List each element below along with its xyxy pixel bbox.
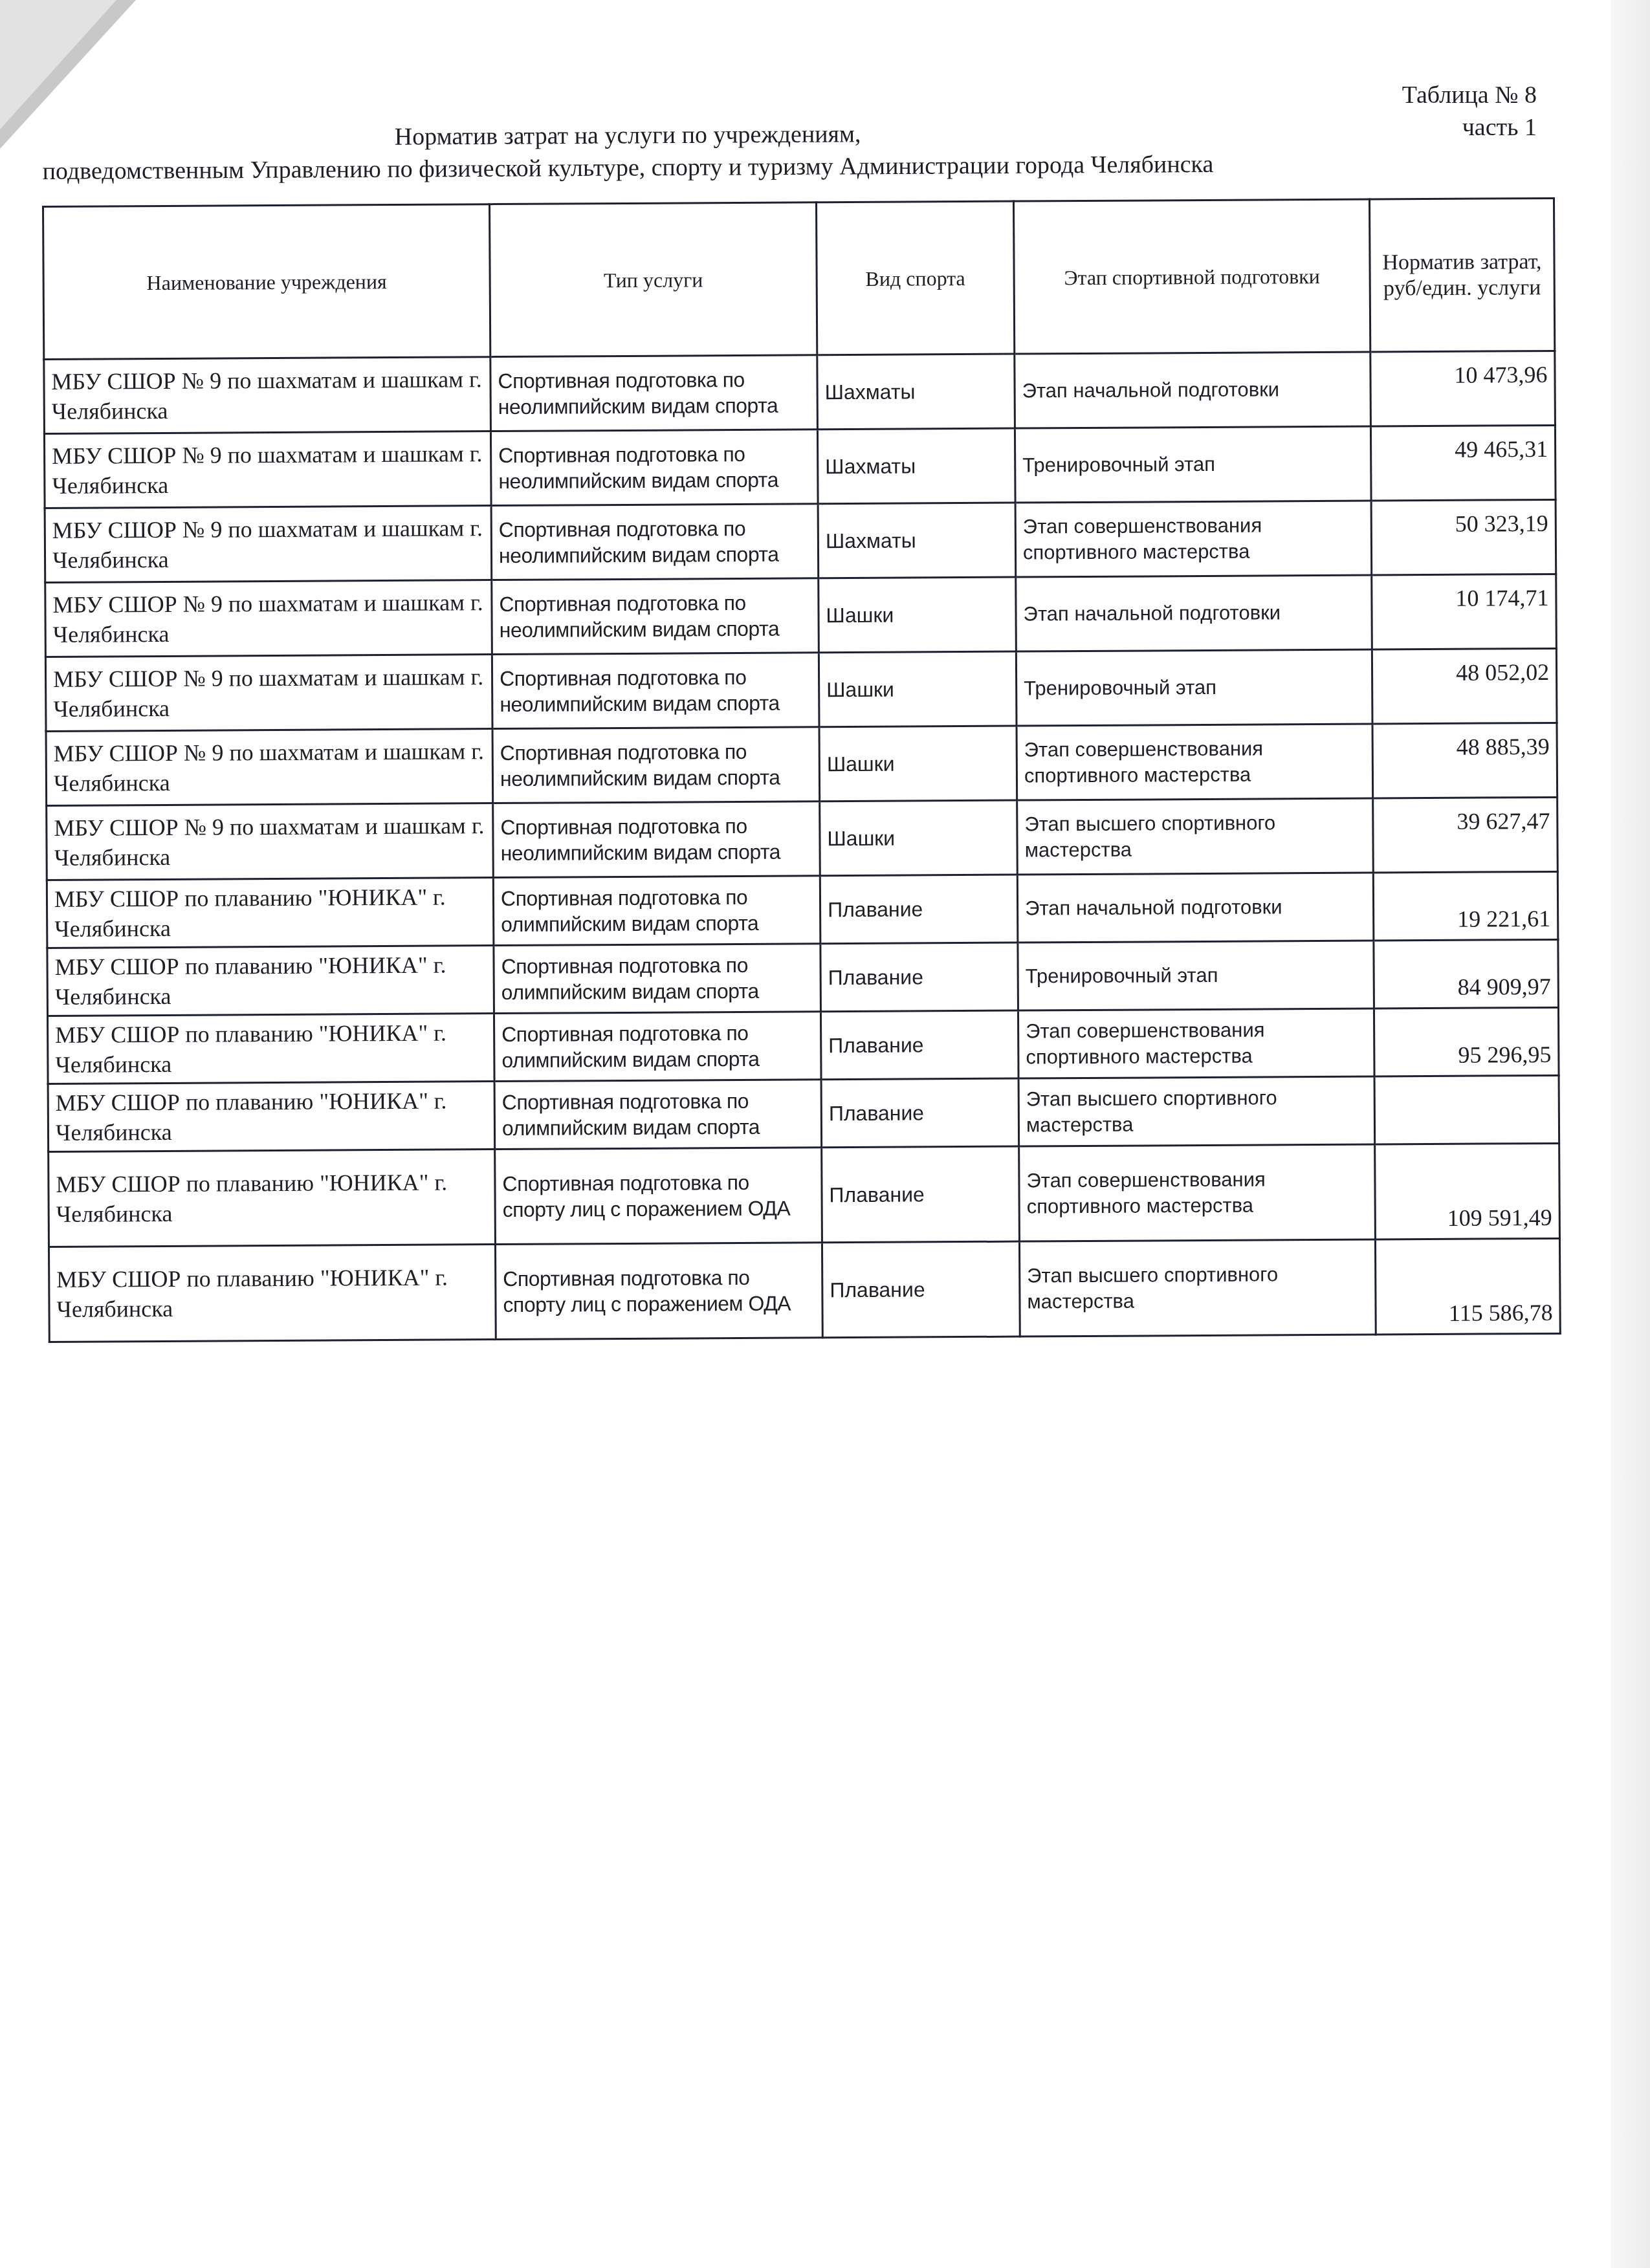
cell-service-type: Спортивная подготовка по неолимпийским в… — [493, 801, 820, 878]
cell-stage: Этап совершенствования спортивного масте… — [1019, 1144, 1376, 1241]
cell-service-type: Спортивная подготовка по олимпийским вид… — [493, 876, 820, 946]
cell-institution: МБУ СШОР № 9 по шахматам и шашкам г. Чел… — [45, 506, 492, 583]
cell-institution: МБУ СШОР по плаванию "ЮНИКА" г. Челябинс… — [47, 1014, 494, 1084]
cell-sport: Шахматы — [817, 354, 1015, 430]
cell-sport: Плавание — [822, 1146, 1020, 1243]
cell-cost: 84 909,97 — [1374, 939, 1559, 1009]
cell-institution: МБУ СШОР по плаванию "ЮНИКА" г. Челябинс… — [47, 878, 494, 948]
table-row: МБУ СШОР по плаванию "ЮНИКА" г. Челябинс… — [49, 1143, 1560, 1247]
cell-stage: Этап совершенствования спортивного масте… — [1017, 724, 1373, 800]
table-row: МБУ СШОР № 9 по шахматам и шашкам г. Чел… — [44, 425, 1556, 508]
cell-stage: Этап совершенствования спортивного масте… — [1015, 501, 1372, 577]
cell-service-type: Спортивная подготовка по неолимпийским в… — [490, 430, 818, 506]
table-row: МБУ СШОР по плаванию "ЮНИКА" г. Челябинс… — [49, 1238, 1560, 1342]
cell-service-type: Спортивная подготовка по неолимпийским в… — [491, 504, 819, 580]
cell-service-type: Спортивная подготовка по олимпийским вид… — [494, 1012, 821, 1082]
table-row: МБУ СШОР по плаванию "ЮНИКА" г. Челябинс… — [48, 1075, 1559, 1151]
cell-cost: 10 174,71 — [1372, 574, 1557, 649]
cell-sport: Плавание — [820, 875, 1018, 944]
cell-service-type: Спортивная подготовка по спорту лиц с по… — [495, 1148, 822, 1245]
table-row: МБУ СШОР № 9 по шахматам и шашкам г. Чел… — [45, 499, 1556, 582]
cell-stage: Этап начальной подготовки — [1015, 352, 1371, 428]
cell-cost: 115 586,78 — [1375, 1238, 1560, 1335]
table-body: МБУ СШОР № 9 по шахматам и шашкам г. Чел… — [44, 351, 1560, 1342]
cell-service-type: Спортивная подготовка по спорту лиц с по… — [495, 1243, 822, 1340]
cell-stage: Этап высшего спортивного мастерства — [1019, 1239, 1376, 1336]
cell-stage: Этап высшего спортивного мастерства — [1018, 1076, 1375, 1146]
cell-cost: 48 052,02 — [1372, 648, 1557, 724]
cell-sport: Шашки — [820, 800, 1018, 876]
table-header-row: Наименование учреждения Тип услуги Вид с… — [43, 198, 1555, 359]
cell-institution: МБУ СШОР по плаванию "ЮНИКА" г. Челябинс… — [48, 1082, 495, 1152]
cell-institution: МБУ СШОР по плаванию "ЮНИКА" г. Челябинс… — [47, 946, 494, 1016]
cell-institution: МБУ СШОР по плаванию "ЮНИКА" г. Челябинс… — [49, 1150, 496, 1247]
header-service-type: Тип услуги — [489, 202, 817, 357]
header-stage: Этап спортивной подготовки — [1013, 199, 1370, 354]
cell-sport: Шашки — [819, 577, 1017, 653]
cell-stage: Этап высшего спортивного мастерства — [1017, 798, 1374, 875]
cell-sport: Плавание — [820, 943, 1018, 1012]
header-institution: Наименование учреждения — [43, 204, 490, 360]
cell-institution: МБУ СШОР № 9 по шахматам и шашкам г. Чел… — [46, 729, 493, 806]
cell-service-type: Спортивная подготовка по олимпийским вид… — [494, 944, 821, 1014]
cell-stage: Этап начальной подготовки — [1017, 873, 1374, 943]
cell-service-type: Спортивная подготовка по неолимпийским в… — [492, 653, 819, 729]
cell-service-type: Спортивная подготовка по неолимпийским в… — [492, 578, 819, 655]
cell-institution: МБУ СШОР по плаванию "ЮНИКА" г. Челябинс… — [49, 1245, 496, 1342]
cell-cost: 39 627,47 — [1373, 797, 1558, 873]
cost-standards-table-container: Наименование учреждения Тип услуги Вид с… — [42, 197, 1559, 1343]
cell-institution: МБУ СШОР № 9 по шахматам и шашкам г. Чел… — [45, 580, 492, 657]
table-row: МБУ СШОР № 9 по шахматам и шашкам г. Чел… — [47, 797, 1558, 880]
cell-stage: Тренировочный этап — [1016, 649, 1372, 726]
cell-service-type: Спортивная подготовка по олимпийским вид… — [494, 1080, 822, 1150]
cell-stage: Этап совершенствования спортивного масте… — [1018, 1009, 1374, 1078]
cell-sport: Шашки — [819, 726, 1017, 801]
cell-stage: Тренировочный этап — [1015, 426, 1371, 503]
cell-cost: 95 296,95 — [1374, 1007, 1559, 1076]
header-sport: Вид спорта — [816, 201, 1014, 355]
header-cost: Норматив затрат, руб/един. услуги — [1369, 198, 1554, 352]
cell-sport: Плавание — [822, 1241, 1020, 1338]
table-part: часть 1 — [1402, 111, 1537, 144]
cell-institution: МБУ СШОР № 9 по шахматам и шашкам г. Чел… — [47, 803, 494, 880]
cell-service-type: Спортивная подготовка по неолимпийским в… — [492, 727, 820, 803]
cell-stage: Этап начальной подготовки — [1016, 575, 1372, 651]
table-row: МБУ СШОР по плаванию "ЮНИКА" г. Челябинс… — [47, 1007, 1559, 1084]
table-row: МБУ СШОР № 9 по шахматам и шашкам г. Чел… — [45, 648, 1557, 731]
cost-standards-table: Наименование учреждения Тип услуги Вид с… — [42, 197, 1561, 1343]
cell-cost: 50 323,19 — [1371, 499, 1556, 575]
cell-service-type: Спортивная подготовка по неолимпийским в… — [490, 355, 818, 431]
cell-cost: 19 221,61 — [1373, 871, 1558, 941]
cell-cost: 109 591,49 — [1375, 1143, 1560, 1239]
cell-institution: МБУ СШОР № 9 по шахматам и шашкам г. Чел… — [44, 431, 491, 508]
cell-cost: 48 885,39 — [1372, 723, 1557, 798]
table-row: МБУ СШОР № 9 по шахматам и шашкам г. Чел… — [46, 723, 1557, 805]
table-row: МБУ СШОР по плаванию "ЮНИКА" г. Челябинс… — [47, 939, 1559, 1016]
cell-institution: МБУ СШОР № 9 по шахматам и шашкам г. Чел… — [44, 357, 491, 434]
table-row: МБУ СШОР № 9 по шахматам и шашкам г. Чел… — [45, 574, 1557, 657]
table-number: Таблица № 8 — [1402, 79, 1537, 111]
cell-cost: 49 465,31 — [1370, 425, 1556, 501]
table-number-label: Таблица № 8 часть 1 — [1402, 79, 1537, 144]
cell-institution: МБУ СШОР № 9 по шахматам и шашкам г. Чел… — [45, 655, 492, 732]
document-title: Норматив затрат на услуги по учреждениям… — [39, 116, 1217, 188]
cell-sport: Шахматы — [817, 428, 1015, 504]
table-row: МБУ СШОР № 9 по шахматам и шашкам г. Чел… — [44, 351, 1556, 433]
table-row: МБУ СШОР по плаванию "ЮНИКА" г. Челябинс… — [47, 871, 1558, 948]
scan-page-edge — [1611, 0, 1650, 2268]
cell-stage: Тренировочный этап — [1018, 941, 1374, 1010]
cell-sport: Шахматы — [818, 503, 1016, 578]
cell-sport: Шашки — [819, 651, 1017, 727]
title-line-2: подведомственным Управлению по физическо… — [39, 148, 1216, 188]
cell-sport: Плавание — [821, 1078, 1019, 1148]
cell-cost: 10 473,96 — [1370, 351, 1556, 426]
cell-cost — [1374, 1075, 1559, 1144]
cell-sport: Плавание — [820, 1010, 1018, 1080]
